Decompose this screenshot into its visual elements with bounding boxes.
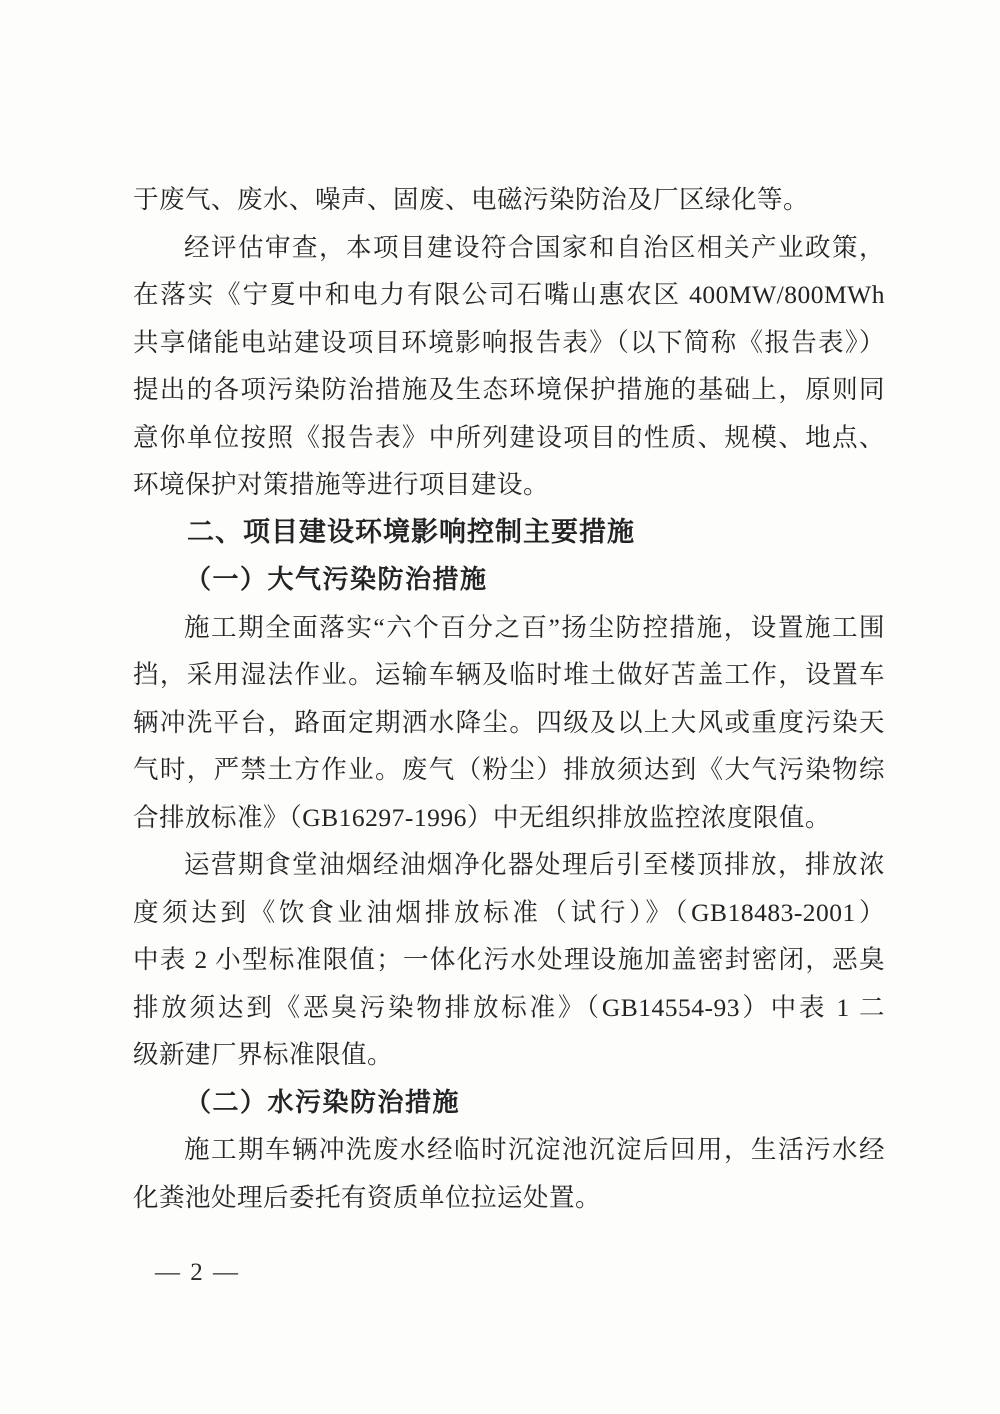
text-line: 施工期全面落实“六个百分之百”扬尘防控措施，设置施工围	[133, 604, 885, 652]
text-line: 在落实《宁夏中和电力有限公司石嘴山惠农区 400MW/800MWh	[133, 271, 885, 319]
page-footer: — 2 —	[155, 1249, 240, 1297]
text-line: 意你单位按照《报告表》中所列建设项目的性质、规模、地点、	[133, 414, 885, 462]
text-line: 运营期食堂油烟经油烟净化器处理后引至楼顶排放，排放浓	[133, 841, 885, 889]
text-line: 环境保护对策措施等进行项目建设。	[133, 461, 885, 509]
page-number: — 2 —	[155, 1259, 240, 1286]
document-page: 于废气、废水、噪声、固废、电磁污染防治及厂区绿化等。经评估审查，本项目建设符合国…	[0, 0, 1000, 1414]
text-line: 经评估审查，本项目建设符合国家和自治区相关产业政策，	[133, 224, 885, 272]
text-line: 化粪池处理后委托有资质单位拉运处置。	[133, 1174, 885, 1222]
text-line: 辆冲洗平台，路面定期洒水降尘。四级及以上大风或重度污染天	[133, 699, 885, 747]
text-line: 施工期车辆冲洗废水经临时沉淀池沉淀后回用，生活污水经	[133, 1126, 885, 1174]
text-line: 级新建厂界标准限值。	[133, 1031, 885, 1079]
text-line: 于废气、废水、噪声、固废、电磁污染防治及厂区绿化等。	[133, 176, 885, 224]
document-body: 于废气、废水、噪声、固废、电磁污染防治及厂区绿化等。经评估审查，本项目建设符合国…	[133, 176, 885, 1221]
text-line: 度须达到《饮食业油烟排放标准（试行）》（GB18483-2001）	[133, 889, 885, 937]
text-line: 提出的各项污染防治措施及生态环境保护措施的基础上，原则同	[133, 366, 885, 414]
text-line: 合排放标准》（GB16297-1996）中无组织排放监控浓度限值。	[133, 794, 885, 842]
text-line: 中表 2 小型标准限值；一体化污水处理设施加盖密封密闭，恶臭	[133, 936, 885, 984]
subsection-heading: （一）大气污染防治措施	[133, 556, 885, 604]
text-line: 共享储能电站建设项目环境影响报告表》（以下简称《报告表》）	[133, 319, 885, 367]
section-heading: 二、项目建设环境影响控制主要措施	[133, 509, 885, 557]
text-line: 挡，采用湿法作业。运输车辆及临时堆土做好苫盖工作，设置车	[133, 651, 885, 699]
subsection-heading: （二）水污染防治措施	[133, 1079, 885, 1127]
text-line: 排放须达到《恶臭污染物排放标准》（GB14554-93）中表 1 二	[133, 984, 885, 1032]
text-line: 气时，严禁土方作业。废气（粉尘）排放须达到《大气污染物综	[133, 746, 885, 794]
